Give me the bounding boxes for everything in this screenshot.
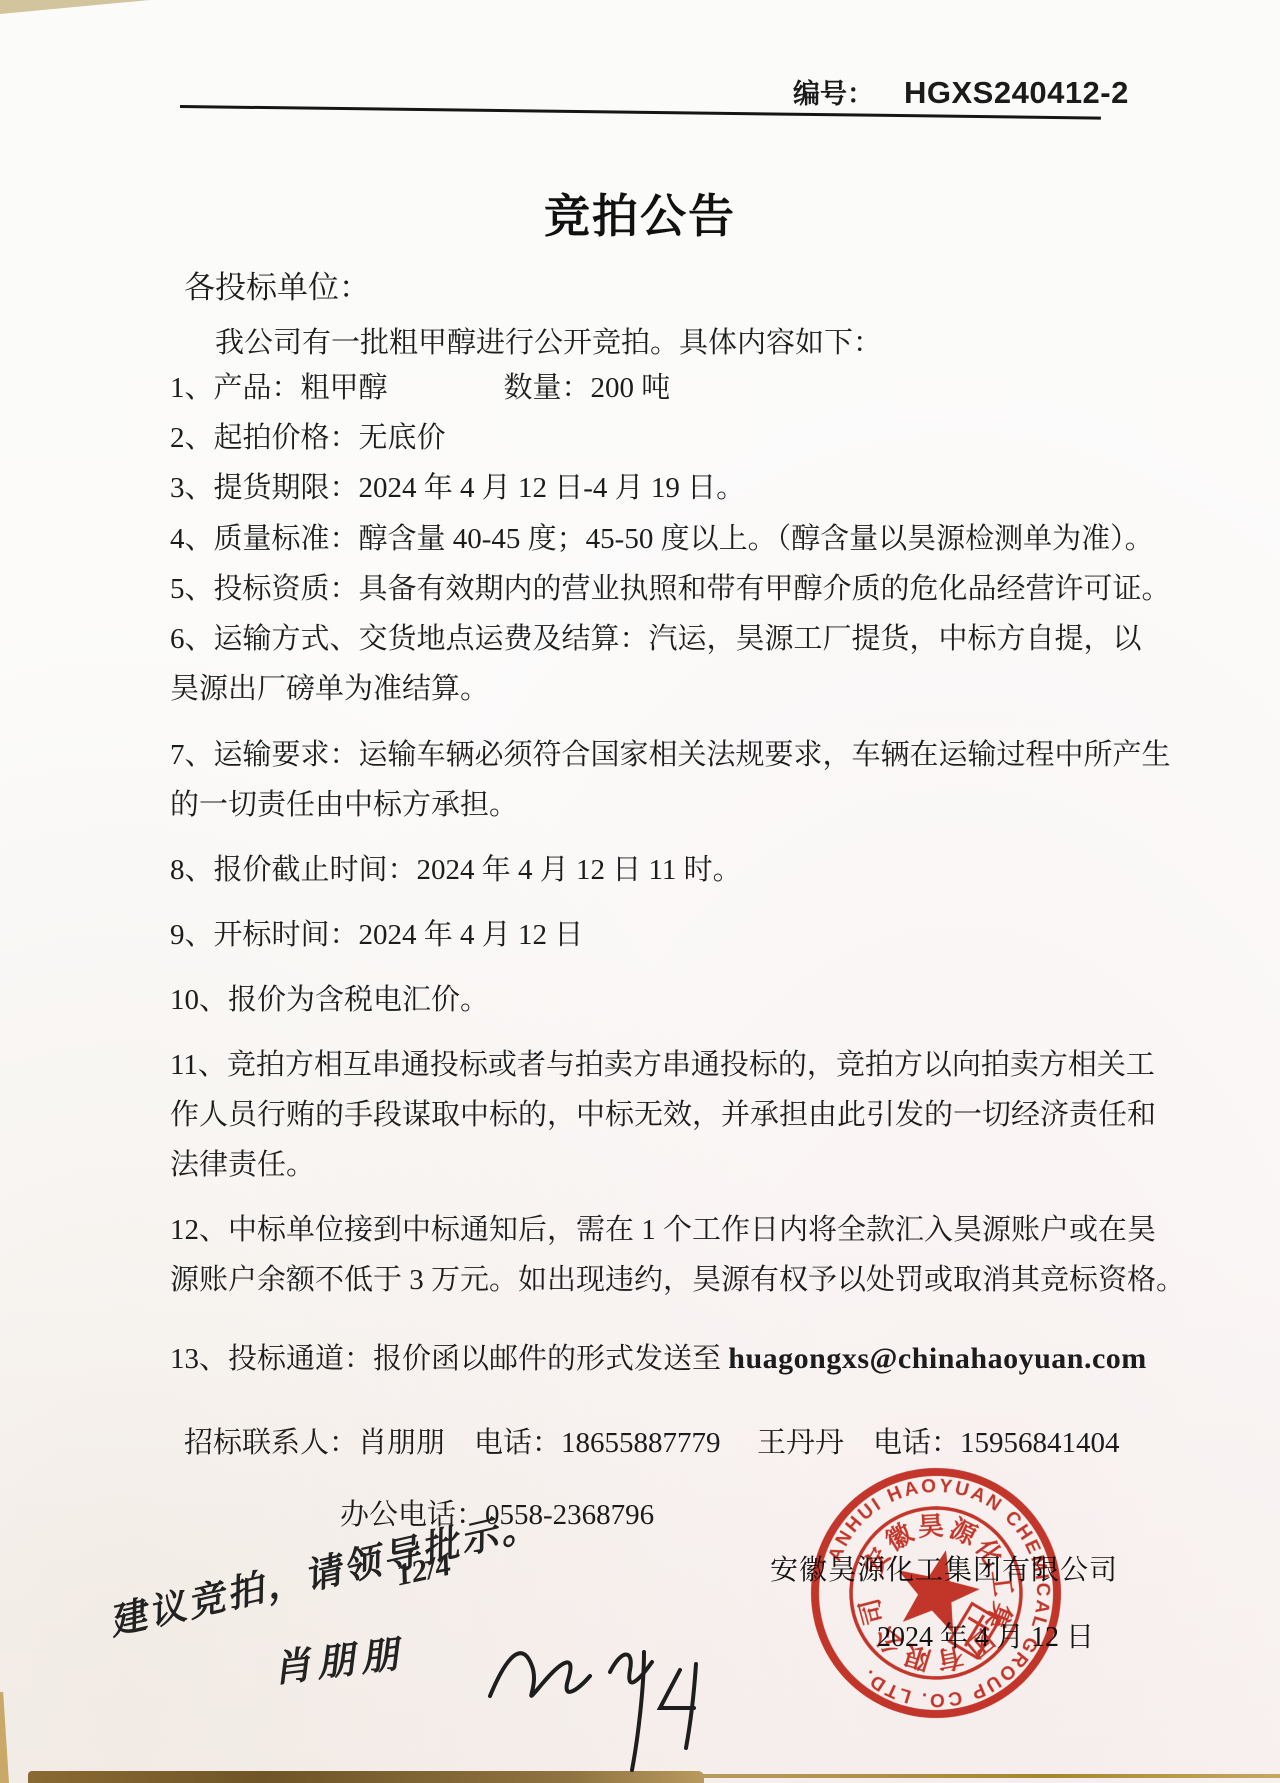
item-8: 8、报价截止时间：2024 年 4 月 12 日 11 时。 (170, 852, 742, 888)
item-6-line2: 昊源出厂磅单为准结算。 (170, 671, 489, 707)
intro-paragraph: 我公司有一批粗甲醇进行公开竞拍。具体内容如下： (215, 320, 882, 361)
seal-star (887, 1541, 986, 1637)
handwritten-signature-1: 肖朋朋 (269, 1622, 407, 1693)
scanned-document: 编号： HGXS240412-2 竞拍公告 各投标单位： 我公司有一批粗甲醇进行… (0, 0, 1280, 1783)
salutation: 各投标单位： (184, 262, 370, 307)
item-4: 4、质量标准：醇含量 40-45 度；45-50 度以上。（醇含量以昊源检测单为… (170, 521, 1154, 557)
item-2: 2、起拍价格：无底价 (170, 420, 446, 456)
doc-ref-label: 编号： (793, 79, 874, 109)
item-11-line1: 11、竞拍方相互串通投标或者与拍卖方串通投标的，竞拍方以向拍卖方相关工 (170, 1047, 1155, 1083)
item-11-line2: 作人员行贿的手段谋取中标的，中标无效，并承担由此引发的一切经济责任和 (170, 1097, 1156, 1133)
item-11-line3: 法律责任。 (170, 1147, 315, 1183)
item-3: 3、提货期限：2024 年 4 月 12 日-4 月 19 日。 (170, 470, 745, 506)
doc-ref-number: HGXS240412-2 (904, 75, 1129, 110)
item-6-line1: 6、运输方式、交货地点运费及结算：汽运，昊源工厂提货，中标方自提，以 (170, 621, 1142, 657)
item-7-line2: 的一切责任由中标方承担。 (170, 787, 518, 823)
page-title: 竞拍公告 (0, 180, 1280, 246)
item-12-line1: 12、中标单位接到中标通知后，需在 1 个工作日内将全款汇入昊源账户或在昊 (170, 1212, 1156, 1248)
item-12-line2: 源账户余额不低于 3 万元。如出现违约，昊源有权予以处罚或取消其竞标资格。 (170, 1262, 1185, 1298)
company-seal-stamp: ANHUI HAOYUAN CHEMICAL GROUP CO. LTD. 安徽… (778, 1435, 1095, 1752)
contact-person-2: 王丹丹 电话：15956841404 (757, 1420, 1120, 1461)
item-5: 5、投标资质：具备有效期内的营业执照和带有甲醇介质的危化品经营许可证。 (170, 571, 1171, 607)
scan-edge-artifact-bottom-right (700, 1774, 1280, 1778)
scan-edge-artifact-left (0, 1692, 9, 1783)
contact-person-1: 招标联系人：肖朋朋 电话：18655887779 (184, 1420, 721, 1461)
item-9: 9、开标时间：2024 年 4 月 12 日 (170, 917, 583, 953)
item-10: 10、报价为含税电汇价。 (170, 982, 489, 1018)
item-13-prefix: 13、投标通道：报价函以邮件的形式发送至 (170, 1343, 728, 1375)
item-1: 1、产品：粗甲醇 数量：200 吨 (170, 370, 670, 406)
scan-corner-artifact (0, 0, 150, 14)
item-13: 13、投标通道：报价函以邮件的形式发送至 huagongxs@chinahaoy… (170, 1340, 1147, 1378)
doc-ref-row: 编号： HGXS240412-2 (793, 72, 1129, 111)
approval-signature-scrawl (472, 1618, 742, 1783)
bid-email-address: huagongxs@chinahaoyuan.com (728, 1342, 1147, 1375)
item-7-line1: 7、运输要求：运输车辆必须符合国家相关法规要求，车辆在运输过程中所产生 (170, 737, 1171, 773)
